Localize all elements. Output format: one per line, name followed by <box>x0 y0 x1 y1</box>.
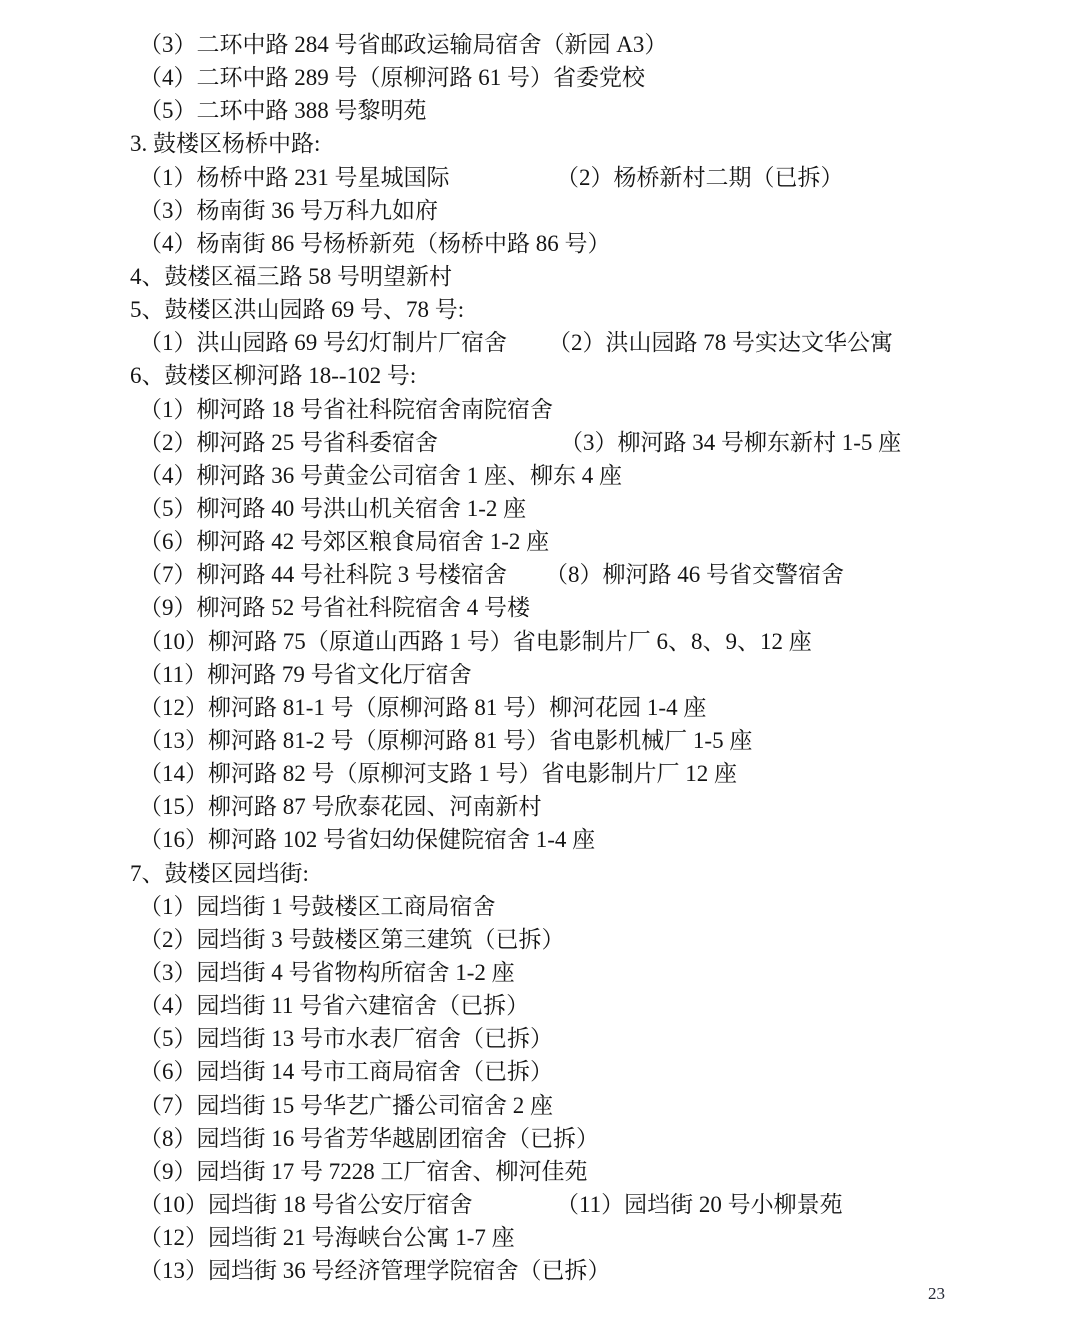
address-line: （6）柳河路 42 号郊区粮食局宿舍 1-2 座 <box>0 525 1080 558</box>
line-text: （11）柳河路 79 号省文化厅宿舍 <box>139 662 472 687</box>
address-line: （11）柳河路 79 号省文化厅宿舍 <box>0 658 1080 691</box>
address-line: （7）柳河路 44 号社科院 3 号楼宿舍（8）柳河路 46 号省交警宿舍 <box>0 558 1080 591</box>
address-line: （3）园垱街 4 号省物构所宿舍 1-2 座 <box>0 956 1080 989</box>
section-heading: 6、鼓楼区柳河路 18--102 号: <box>0 359 1080 392</box>
address-line: （15）柳河路 87 号欣泰花园、河南新村 <box>0 790 1080 823</box>
address-line: （4）柳河路 36 号黄金公司宿舍 1 座、柳东 4 座 <box>0 459 1080 492</box>
line-text: （1）柳河路 18 号省社科院宿舍南院宿舍 <box>139 397 553 422</box>
address-line: （6）园垱街 14 号市工商局宿舍（已拆） <box>0 1055 1080 1088</box>
address-line: （10）柳河路 75（原道山西路 1 号）省电影制片厂 6、8、9、12 座 <box>0 625 1080 658</box>
address-line: （2）柳河路 25 号省科委宿舍（3）柳河路 34 号柳东新村 1-5 座 <box>0 426 1080 459</box>
line-text-second-column: （2）杨桥新村二期（已拆） <box>556 161 844 194</box>
line-text: （7）园垱街 15 号华艺广播公司宿舍 2 座 <box>139 1093 553 1118</box>
line-text: （4）杨南街 86 号杨桥新苑（杨桥中路 86 号） <box>139 231 611 256</box>
line-text: （3）杨南街 36 号万科九如府 <box>139 198 438 223</box>
address-line: （5）园垱街 13 号市水表厂宿舍（已拆） <box>0 1022 1080 1055</box>
line-text: （16）柳河路 102 号省妇幼保健院宿舍 1-4 座 <box>139 827 595 852</box>
line-text: （6）园垱街 14 号市工商局宿舍（已拆） <box>139 1059 553 1084</box>
page-number: 23 <box>928 1283 945 1305</box>
section-heading: 3. 鼓楼区杨桥中路: <box>0 127 1080 160</box>
line-text-second-column: （8）柳河路 46 号省交警宿舍 <box>545 558 844 591</box>
address-line: （3）二环中路 284 号省邮政运输局宿舍（新园 A3） <box>0 28 1080 61</box>
section-heading: 4、鼓楼区福三路 58 号明望新村 <box>0 260 1080 293</box>
address-line: （4）二环中路 289 号（原柳河路 61 号）省委党校 <box>0 61 1080 94</box>
line-text: （13）园垱街 36 号经济管理学院宿舍（已拆） <box>139 1258 611 1283</box>
address-line: （14）柳河路 82 号（原柳河支路 1 号）省电影制片厂 12 座 <box>0 757 1080 790</box>
line-text: 4、鼓楼区福三路 58 号明望新村 <box>130 264 452 289</box>
address-line: （9）柳河路 52 号省社科院宿舍 4 号楼 <box>0 591 1080 624</box>
line-text: （2）园垱街 3 号鼓楼区第三建筑（已拆） <box>139 927 565 952</box>
line-text: （15）柳河路 87 号欣泰花园、河南新村 <box>139 794 542 819</box>
address-line: （4）园垱街 11 号省六建宿舍（已拆） <box>0 989 1080 1022</box>
line-text-second-column: （3）柳河路 34 号柳东新村 1-5 座 <box>560 426 901 459</box>
address-line: （7）园垱街 15 号华艺广播公司宿舍 2 座 <box>0 1089 1080 1122</box>
line-text: （5）园垱街 13 号市水表厂宿舍（已拆） <box>139 1026 553 1051</box>
line-text: （3）二环中路 284 号省邮政运输局宿舍（新园 A3） <box>139 32 667 57</box>
line-text: 5、鼓楼区洪山园路 69 号、78 号: <box>130 297 464 322</box>
line-text: 7、鼓楼区园垱街: <box>130 861 309 886</box>
address-line: （4）杨南街 86 号杨桥新苑（杨桥中路 86 号） <box>0 227 1080 260</box>
line-text: （3）园垱街 4 号省物构所宿舍 1-2 座 <box>139 960 515 985</box>
address-line: （2）园垱街 3 号鼓楼区第三建筑（已拆） <box>0 923 1080 956</box>
address-line: （1）洪山园路 69 号幻灯制片厂宿舍（2）洪山园路 78 号实达文华公寓 <box>0 326 1080 359</box>
line-text: （12）园垱街 21 号海峡台公寓 1-7 座 <box>139 1225 515 1250</box>
line-text: （1）园垱街 1 号鼓楼区工商局宿舍 <box>139 894 496 919</box>
line-text: （9）园垱街 17 号 7228 工厂宿舍、柳河佳苑 <box>139 1159 588 1184</box>
section-heading: 5、鼓楼区洪山园路 69 号、78 号: <box>0 293 1080 326</box>
line-text: （13）柳河路 81-2 号（原柳河路 81 号）省电影机械厂 1-5 座 <box>139 728 752 753</box>
line-text: （9）柳河路 52 号省社科院宿舍 4 号楼 <box>139 595 530 620</box>
address-list: （3）二环中路 284 号省邮政运输局宿舍（新园 A3）（4）二环中路 289 … <box>0 28 1080 1287</box>
address-line: （1）杨桥中路 231 号星城国际（2）杨桥新村二期（已拆） <box>0 161 1080 194</box>
line-text: （10）园垱街 18 号省公安厅宿舍 <box>139 1192 473 1217</box>
line-text: （10）柳河路 75（原道山西路 1 号）省电影制片厂 6、8、9、12 座 <box>139 629 812 654</box>
line-text: （7）柳河路 44 号社科院 3 号楼宿舍 <box>139 562 507 587</box>
line-text: （12）柳河路 81-1 号（原柳河路 81 号）柳河花园 1-4 座 <box>139 695 706 720</box>
address-line: （13）柳河路 81-2 号（原柳河路 81 号）省电影机械厂 1-5 座 <box>0 724 1080 757</box>
line-text: （4）二环中路 289 号（原柳河路 61 号）省委党校 <box>139 65 645 90</box>
address-line: （8）园垱街 16 号省芳华越剧团宿舍（已拆） <box>0 1122 1080 1155</box>
line-text: （4）柳河路 36 号黄金公司宿舍 1 座、柳东 4 座 <box>139 463 622 488</box>
line-text: 6、鼓楼区柳河路 18--102 号: <box>130 363 416 388</box>
line-text: （5）二环中路 388 号黎明苑 <box>139 98 427 123</box>
line-text-second-column: （2）洪山园路 78 号实达文华公寓 <box>548 326 893 359</box>
address-line: （5）二环中路 388 号黎明苑 <box>0 94 1080 127</box>
address-line: （12）柳河路 81-1 号（原柳河路 81 号）柳河花园 1-4 座 <box>0 691 1080 724</box>
section-heading: 7、鼓楼区园垱街: <box>0 857 1080 890</box>
address-line: （13）园垱街 36 号经济管理学院宿舍（已拆） <box>0 1254 1080 1287</box>
address-line: （5）柳河路 40 号洪山机关宿舍 1-2 座 <box>0 492 1080 525</box>
line-text: （14）柳河路 82 号（原柳河支路 1 号）省电影制片厂 12 座 <box>139 761 737 786</box>
address-line: （16）柳河路 102 号省妇幼保健院宿舍 1-4 座 <box>0 823 1080 856</box>
address-line: （9）园垱街 17 号 7228 工厂宿舍、柳河佳苑 <box>0 1155 1080 1188</box>
line-text: （6）柳河路 42 号郊区粮食局宿舍 1-2 座 <box>139 529 549 554</box>
address-line: （1）园垱街 1 号鼓楼区工商局宿舍 <box>0 890 1080 923</box>
line-text: 3. 鼓楼区杨桥中路: <box>130 131 320 156</box>
line-text: （1）洪山园路 69 号幻灯制片厂宿舍 <box>139 330 507 355</box>
address-line: （3）杨南街 36 号万科九如府 <box>0 194 1080 227</box>
document-page: （3）二环中路 284 号省邮政运输局宿舍（新园 A3）（4）二环中路 289 … <box>0 0 1080 1322</box>
line-text: （1）杨桥中路 231 号星城国际 <box>139 165 450 190</box>
line-text: （5）柳河路 40 号洪山机关宿舍 1-2 座 <box>139 496 526 521</box>
line-text: （8）园垱街 16 号省芳华越剧团宿舍（已拆） <box>139 1126 599 1151</box>
address-line: （10）园垱街 18 号省公安厅宿舍（11）园垱街 20 号小柳景苑 <box>0 1188 1080 1221</box>
address-line: （1）柳河路 18 号省社科院宿舍南院宿舍 <box>0 393 1080 426</box>
line-text-second-column: （11）园垱街 20 号小柳景苑 <box>556 1188 843 1221</box>
line-text: （2）柳河路 25 号省科委宿舍 <box>139 430 438 455</box>
line-text: （4）园垱街 11 号省六建宿舍（已拆） <box>139 993 529 1018</box>
address-line: （12）园垱街 21 号海峡台公寓 1-7 座 <box>0 1221 1080 1254</box>
